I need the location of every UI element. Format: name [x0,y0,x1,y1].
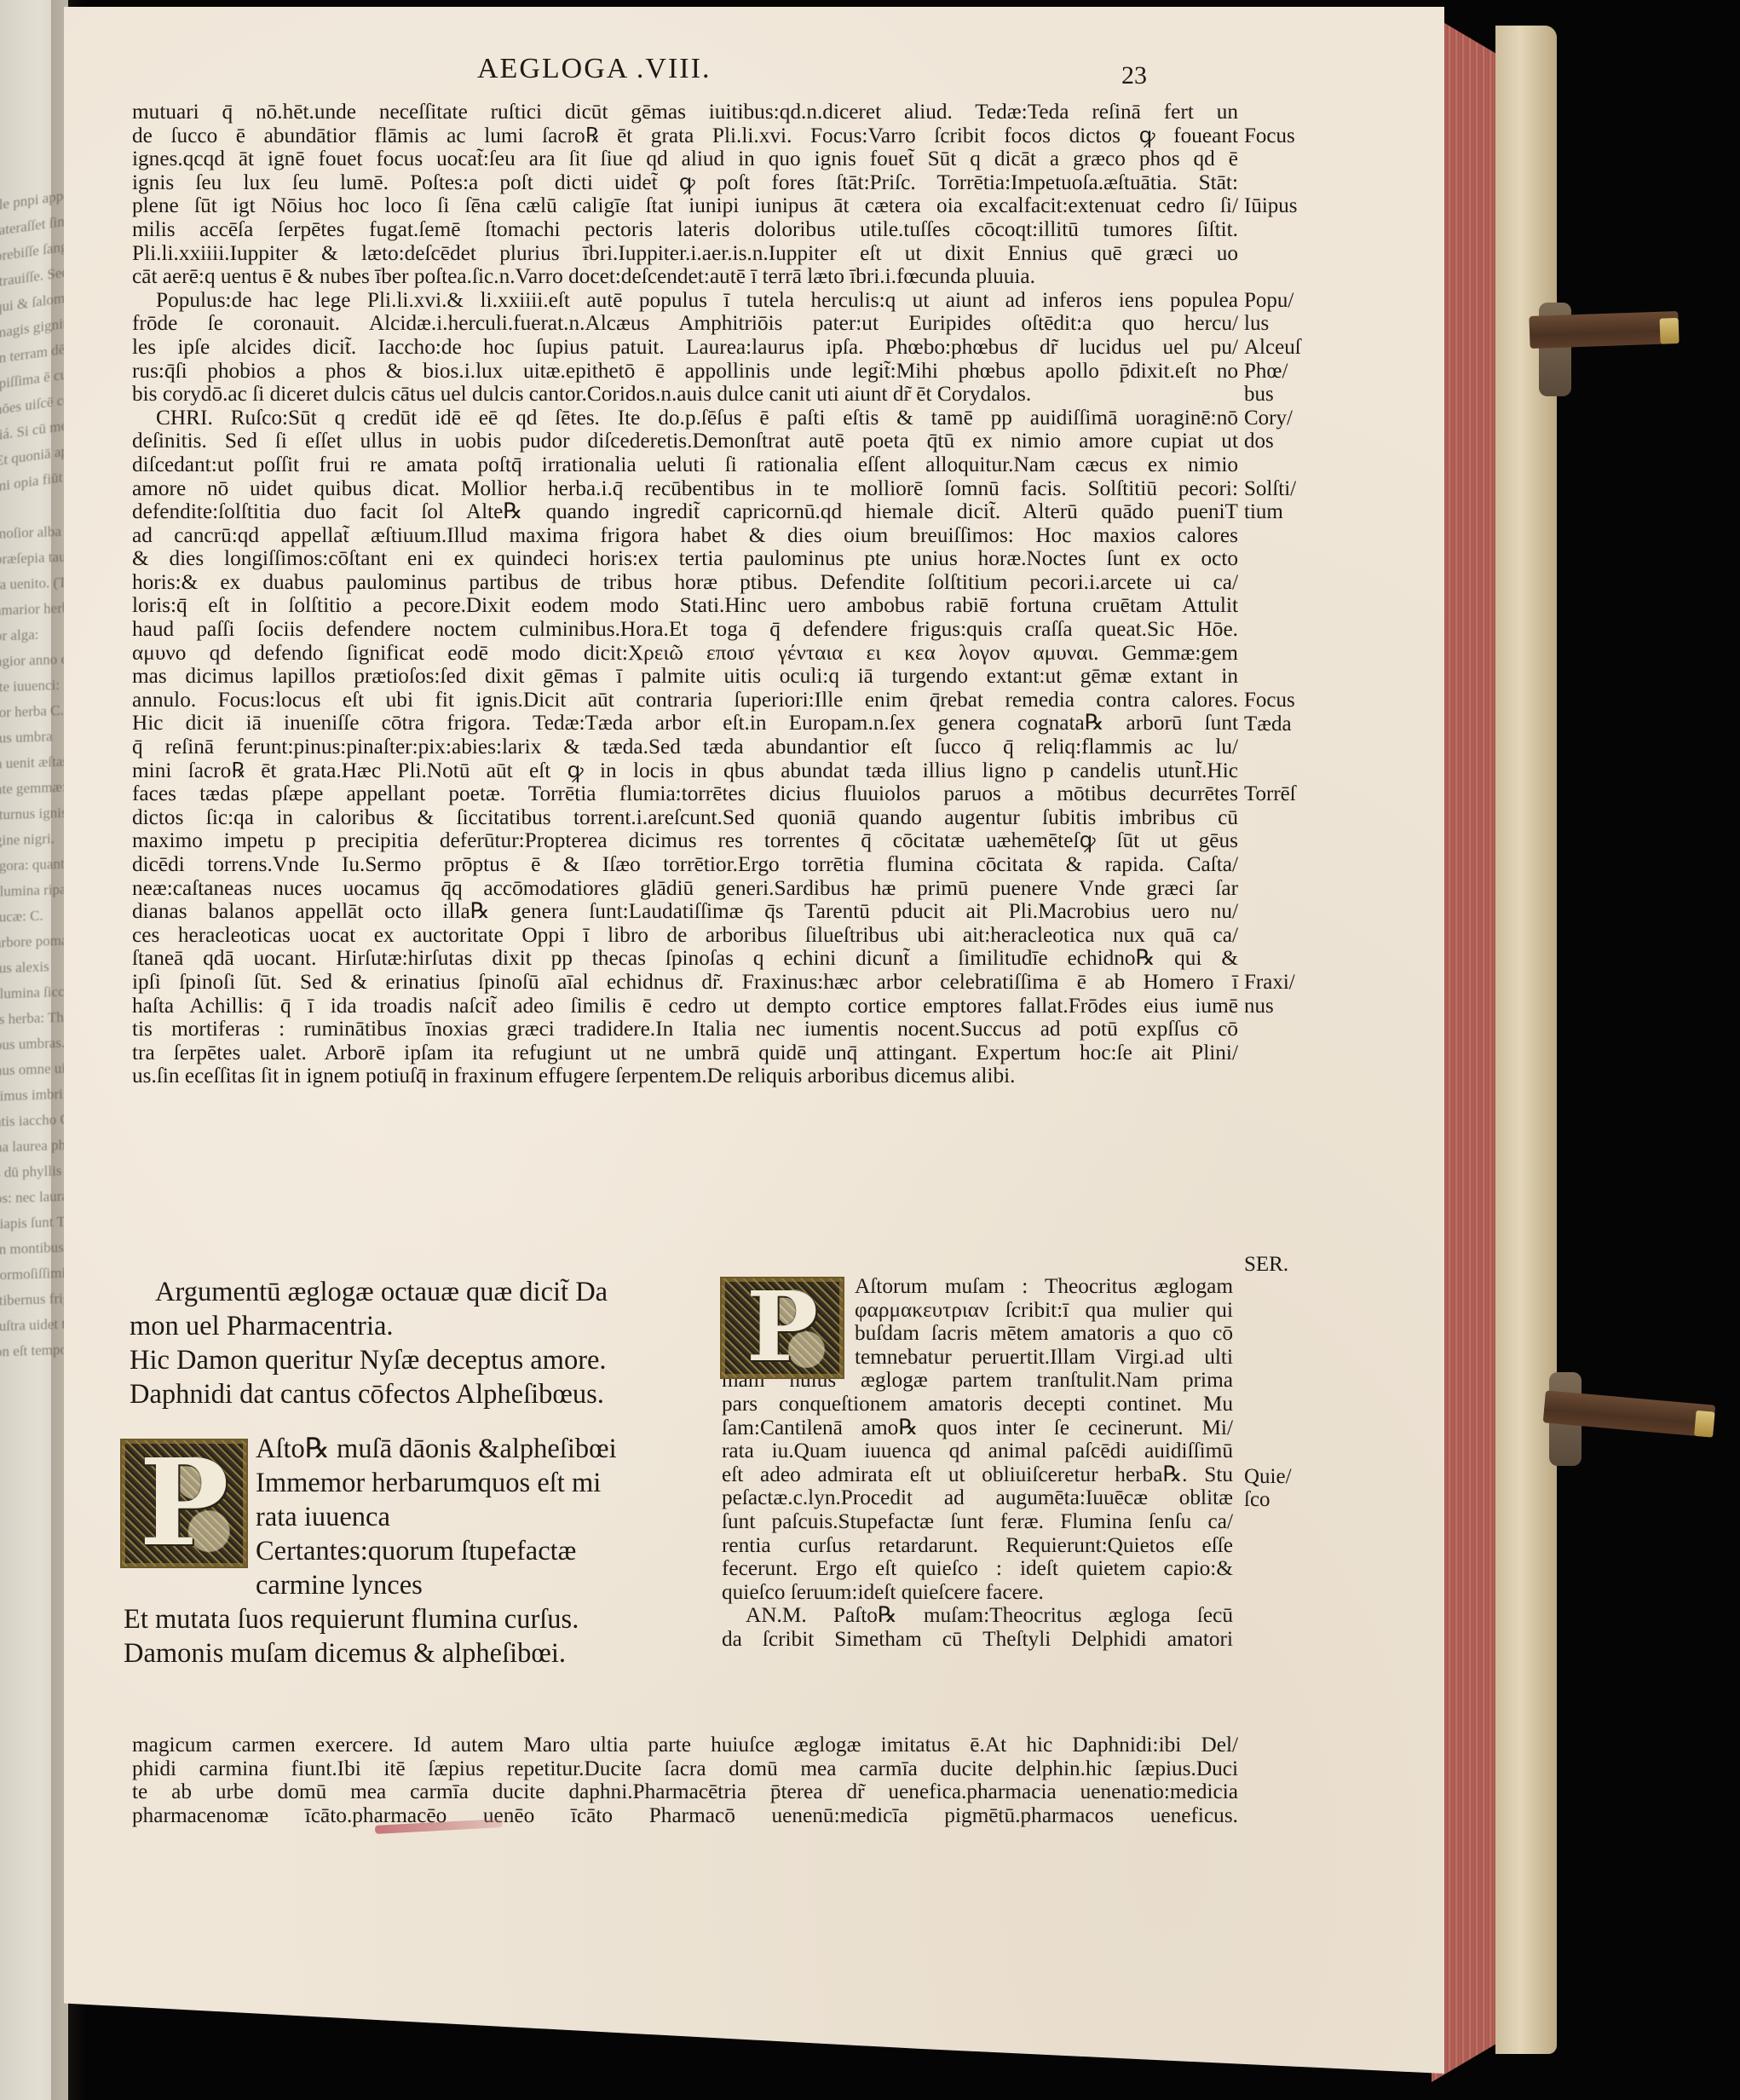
margin-note: Torrēſ [1244,782,1296,806]
closing-commentary: magicum carmen exercere. Id autem Maro u… [132,1734,1238,1827]
commentary-line: mas dicimus lapillos prætioſos:ſed dixit… [132,665,1238,689]
commentary-line: dianas balanos appellāt octo illa℞ gener… [132,900,1238,924]
commentary-line: Pli.li.xxiiii.Iuppiter & læto:deſcēdet p… [132,242,1238,266]
commentary-line: bis corydō.ac ſi diceret dulcis cātus ue… [132,383,1238,407]
commentary-line: dicēdi torrens.Vnde Iu.Sermo prōptus ē &… [132,853,1238,877]
commentary-line: tra ſerpētes ualet. Arborē ipſam ita ref… [132,1041,1238,1065]
verse-lemma: P Aſto℞ muſā dāonis &alpheſibœiImmemor h… [124,1432,703,1670]
commentary-line: neæ:caſtaneas nuces uocamus q̄q accōmoda… [132,877,1238,901]
brass-clasp-tip-icon [1660,318,1680,344]
closing-line: phidi carmina fiunt.Ibi itē ſæpius repet… [132,1757,1238,1781]
commentary-line: us.ſin eceſſitas ſit in ignem potiuſq̄ i… [132,1064,1238,1088]
brass-clasp-tip-icon [1694,1411,1715,1438]
commentary-line: annulo. Focus:locus eſt ubi fit ignis.Di… [132,689,1238,712]
margin-note: Alceuſ [1244,336,1301,360]
closing-line: magicum carmen exercere. Id autem Maro u… [132,1734,1238,1757]
commentary-line: loris:q̄ eſt in ſolſtitio a pecore.Dixit… [132,594,1238,618]
commentary-line: haud paſſi ſociis defendere noctem culmi… [132,618,1238,642]
margin-note: Quie/ ſco [1244,1465,1292,1512]
verse-line: carmine lynces [124,1568,703,1602]
servius-commentary: P Aſtorum muſam : Theocritus æglogamφαρμ… [722,1275,1233,1652]
margin-note: Popu/ lus [1244,289,1293,336]
commentary-line: dictos ſic:qa in caloribus & ſiccitatibu… [132,806,1238,830]
commentary-line: ſtaneā qdā uocant. Hirſutæ:hirſutas dixi… [132,947,1238,971]
commentary-column-line: quieſco ſeruum:ideſt quieſcere facere. [722,1581,1233,1605]
commentary-column-line: rentia curſus retardarunt. Requierunt:Qu… [722,1534,1233,1558]
commentary-line: tis mortiferas : ruminātibus īnoxias græ… [132,1018,1238,1041]
commentary-column-line: fecerunt. Ergo eſt quieſco : ideſt quiet… [722,1557,1233,1581]
initial-p-glyph: P [122,1440,246,1566]
commentary-line: horis:& ex duabus paulominus partibus de… [132,571,1238,595]
commentary-line: ces heracleoticas uocat ex auctoritate O… [132,924,1238,948]
commentary-column-line: da ſcribit Simetham cū Theſtyli Delphidi… [722,1628,1233,1652]
commentary-line: mutuari q̄ nō.hēt.unde neceſſitate ruſti… [132,101,1238,124]
commentary-line: les ipſe alcides dicit̃. Iaccho:de hoc ſ… [132,336,1238,360]
commentary-column-line: rata iu.Quam iuuenca qd animal paſcēdi a… [722,1439,1233,1463]
commentary-line: frōde ſe coronauit. Alcidæ.i.herculi.fue… [132,312,1238,336]
commentary-line: milis accēſa ſerpētes fugat.ſemē ſtomach… [132,218,1238,242]
commentary-line: Populus:de hac lege Pli.li.xvi.& li.xxii… [132,289,1238,313]
verse-line: Et mutata ſuos requierunt flumina curſus… [124,1602,703,1636]
verse-line: Damonis muſam dicemus & alpheſibœi. [124,1636,703,1670]
commentary-line: q̄ reſinā ferunt:pinus:pinaſter:pix:abie… [132,736,1238,759]
commentary-line: de ſucco ē abundātior flāmis ac lumi ſac… [132,124,1238,148]
commentary-column-line: eſt adeo admirata eſt ut obliuiſceretur … [722,1463,1233,1487]
commentary-column-line: peſactæ.c.lyn.Procedit ad augumēta:Iuuēc… [722,1486,1233,1510]
margin-note: Cory/ dos [1244,407,1293,453]
commentary-body: mutuari q̄ nō.hēt.unde neceſſitate ruſti… [132,101,1238,1088]
commentary-line: defendite:ſolſtitia duo facit ſol Alte℞ … [132,500,1238,524]
clasp-strap-top[interactable] [1529,311,1679,349]
initial-p-glyph: P [722,1278,843,1377]
commentary-column-line: AN.M. Paſto℞ muſam:Theocritus ægloga ſec… [722,1604,1233,1628]
commentary-column-line: pars conqueſtionem amatoris decepti cont… [722,1393,1233,1416]
commentary-line: Hic dicit iā inueniſſe cōtra frigora. Te… [132,712,1238,736]
commentary-column-line: ſunt paſcuis.Stupefactæ ſunt feræ. Flumi… [722,1510,1233,1534]
margin-note: SER. [1244,1253,1288,1277]
commentary-line: faces tædas pſæpe appellant poetæ. Torrē… [132,782,1238,806]
commentary-line: CHRI. Ruſco:Sūt q credūt idē eē qd ſētes… [132,407,1238,430]
margin-note: Tæda [1244,712,1292,736]
commentary-line: maximo impetu p precipitia deferūtur:Pro… [132,829,1238,853]
margin-note: Focus [1244,124,1295,148]
argument-line: mon uel Pharmacentria. [130,1309,683,1343]
eclogue-argument: Argumentū æglogæ octauæ quæ dicit̃ Damon… [130,1275,683,1411]
commentary-line: mini ſacro℞ ēt grata.Hæc Pli.Notū aūt eſ… [132,759,1238,783]
margin-note: Fraxi/ nus [1244,971,1295,1018]
commentary-line: ad cancrū:qd appellat̃ æſtiuum.Illud max… [132,524,1238,548]
margin-note: Phœ/ bus [1244,360,1288,407]
commentary-line: deſinitis. Sed ſi eſſet ullus in uobis p… [132,430,1238,453]
commentary-column-line: ſam:Cantilenā amo℞ quos inter ſe ceciner… [722,1416,1233,1440]
commentary-line: diſcedant:ut poſſit frui re amata poſtq̄… [132,453,1238,477]
illuminated-initial-commentary: P [720,1277,844,1379]
commentary-line: ignis ſeu lux ſeu lumē. Poſtes:a poſt di… [132,171,1238,195]
margin-note: Iūipus [1244,194,1298,218]
argument-line: Hic Damon queritur Nyſæ deceptus amore. [130,1343,683,1377]
closing-line: te ab urbe domū mea carmīa ducite daphni… [132,1780,1238,1804]
commentary-line: amore nō uidet quibus dicat. Mollior her… [132,477,1238,501]
folio-number: 23 [1121,61,1147,90]
commentary-line: ignes.qcqd āt ignē fouet focus uocat̃:ſe… [132,147,1238,171]
argument-line: Argumentū æglogæ octauæ quæ dicit̃ Da [130,1275,683,1309]
commentary-line: plene ſūt igt Nōius hoc loco ſi ſēna cæl… [132,194,1238,218]
commentary-line: rus:q̄ſi phobios a phos & bios.i.lux uit… [132,360,1238,384]
commentary-line: cāt aerē:q uentus ē & nubes īber poſtea.… [132,265,1238,289]
margin-note: Solſti/ tium [1244,477,1296,524]
closing-line: pharmacenomæ īcāto.pharmacēo uenēo īcāto… [132,1804,1238,1828]
commentary-line: haſta Achillis: q̄ ī ida troadis naſcit̃… [132,995,1238,1018]
illuminated-initial-verse: P [120,1439,248,1568]
commentary-line: αμυνο qd defendo ſignificat eodē modo di… [132,642,1238,666]
argument-line: Daphnidi dat cantus cōfectos Alpheſibœus… [130,1377,683,1411]
commentary-line: & dies longiſſimos:cōſtant eni ex quinde… [132,547,1238,571]
margin-note: Focus [1244,689,1295,712]
running-head: AEGLOGA .VIII. [477,53,711,85]
commentary-line: ipſi ſpinoſi ſūt. Sed & erinatius ſpinoſ… [132,971,1238,995]
